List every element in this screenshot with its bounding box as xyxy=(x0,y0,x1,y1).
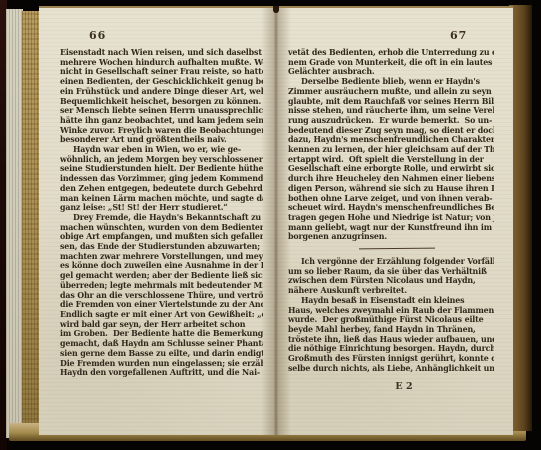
section-divider xyxy=(359,248,435,250)
paragraph: Eisenstadt nach Wien reisen, und sich da… xyxy=(60,48,263,145)
page-number-left: 66 xyxy=(89,29,106,42)
right-page-header: 67 xyxy=(274,8,513,38)
right-page-text-column: vetät des Bedienten, erhob die Unterredu… xyxy=(288,48,494,392)
signature-mark: E 2 xyxy=(288,381,494,392)
page-number-right: 67 xyxy=(450,29,467,42)
paragraph: Haydn besaß in Eisenstadt ein kleines Ha… xyxy=(288,296,494,374)
paragraph: Derselbe Bediente blieb, wenn er Haydn's… xyxy=(288,77,494,242)
paragraph: vetät des Bedienten, erhob die Unterredu… xyxy=(288,48,494,77)
fore-edge-tan-left xyxy=(22,11,40,440)
left-page: 66 Eisenstadt nach Wien reisen, und sich… xyxy=(39,8,274,435)
paragraph: Haydn war eben in Wien, wo er, wie ge- w… xyxy=(60,145,263,213)
book-photo: 66 Eisenstadt nach Wien reisen, und sich… xyxy=(0,0,541,450)
right-page: 67 vetät des Bedienten, erhob die Unterr… xyxy=(274,8,513,435)
left-page-text-column: Eisenstadt nach Wien reisen, und sich da… xyxy=(60,48,263,378)
open-pages: 66 Eisenstadt nach Wien reisen, und sich… xyxy=(39,6,513,435)
paragraph: Ich vergönne der Erzählung folgender Vor… xyxy=(288,257,494,296)
left-page-header: 66 xyxy=(39,8,274,38)
paragraph: Drey Fremde, die Haydn's Bekanntschaft z… xyxy=(60,213,263,378)
fore-edge-pages-left xyxy=(6,9,23,438)
